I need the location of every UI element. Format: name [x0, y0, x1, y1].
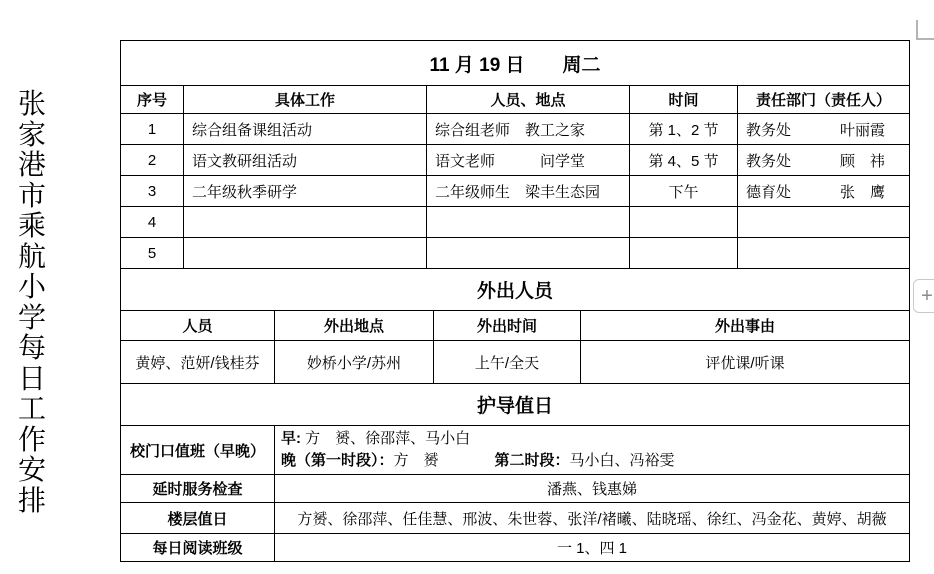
out-time: 上午/全天 — [434, 341, 581, 384]
col-header-task: 具体工作 — [184, 86, 427, 114]
delay-check-label: 延时服务检查 — [121, 475, 275, 503]
out-reason: 评优课/听课 — [581, 341, 910, 384]
row-dept-person: 教务处叶丽霞 — [738, 114, 910, 145]
second-period-prefix: 第二时段： — [495, 452, 570, 469]
row-people-place: 二年级师生 梁丰生态园 — [427, 176, 630, 207]
out-place: 妙桥小学/苏州 — [275, 341, 434, 384]
row-task: 二年级秋季研学 — [184, 176, 427, 207]
row-task — [184, 238, 427, 269]
row-no: 5 — [121, 238, 184, 269]
page-title: 张家港市乘航小学每日工作安排 — [13, 90, 51, 517]
row-dept-person — [738, 238, 910, 269]
table-row: 1 综合组备课组活动 综合组老师 教工之家 第 1、2 节 教务处叶丽霞 — [121, 114, 910, 145]
row-task — [184, 207, 427, 238]
row-time: 第 1、2 节 — [630, 114, 738, 145]
out-col-people: 人员 — [121, 311, 275, 341]
row-people-place — [427, 207, 630, 238]
outgoing-section-title: 外出人员 — [121, 269, 910, 311]
second-period-names: 马小白、冯裕雯 — [570, 452, 675, 469]
table-row: 3 二年级秋季研学 二年级师生 梁丰生态园 下午 德育处张 鹰 — [121, 176, 910, 207]
table-row: 4 — [121, 207, 910, 238]
row-time — [630, 238, 738, 269]
dept: 教务处 — [746, 150, 791, 171]
duty-section-title: 护导值日 — [121, 384, 910, 426]
row-people-place: 语文老师 问学堂 — [427, 145, 630, 176]
evening-names: 方 赟 — [394, 452, 439, 469]
morning-names: 方 赟、徐邵萍、马小白 — [301, 430, 470, 447]
row-no: 1 — [121, 114, 184, 145]
row-no: 2 — [121, 145, 184, 176]
floor-duty-label: 楼层值日 — [121, 503, 275, 534]
dept: 德育处 — [746, 181, 791, 202]
floor-duty-value: 方赟、徐邵萍、任佳慧、邢波、朱世蓉、张洋/褚曦、陆晓瑶、徐红、冯金花、黄婷、胡薇 — [275, 503, 910, 534]
row-time — [630, 207, 738, 238]
col-header-people-place: 人员、地点 — [427, 86, 630, 114]
date-header: 11 月 19 日 周二 — [121, 41, 910, 86]
col-header-no: 序号 — [121, 86, 184, 114]
outgoing-table: 外出人员 人员 外出地点 外出时间 外出事由 黄婷、范妍/钱桂芬 妙桥小学/苏州… — [120, 268, 910, 384]
table-row: 楼层值日 方赟、徐邵萍、任佳慧、邢波、朱世蓉、张洋/褚曦、陆晓瑶、徐红、冯金花、… — [121, 503, 910, 534]
delay-check-value: 潘燕、钱惠娣 — [275, 475, 910, 503]
out-col-time: 外出时间 — [434, 311, 581, 341]
morning-prefix: 早: — [281, 430, 301, 447]
document-page: 张家港市乘航小学每日工作安排 + 11 月 19 日 周二 序号 具体工作 人员… — [0, 0, 934, 574]
col-header-time: 时间 — [630, 86, 738, 114]
row-dept-person — [738, 207, 910, 238]
plus-icon: + — [921, 285, 933, 307]
gate-duty-label: 校门口值班（早晚） — [121, 426, 275, 475]
table-row: 2 语文教研组活动 语文老师 问学堂 第 4、5 节 教务处顾 祎 — [121, 145, 910, 176]
out-people: 黄婷、范妍/钱桂芬 — [121, 341, 275, 384]
table-row: 每日阅读班级 一 1、四 1 — [121, 534, 910, 562]
duty-table: 护导值日 校门口值班（早晚） 早: 方 赟、徐邵萍、马小白 晚（第一时段）：方 … — [120, 383, 910, 562]
dept: 教务处 — [746, 119, 791, 140]
daily-work-table: 11 月 19 日 周二 序号 具体工作 人员、地点 时间 责任部门（责任人） … — [120, 40, 909, 562]
table-row: 延时服务检查 潘燕、钱惠娣 — [121, 475, 910, 503]
gate-duty-content: 早: 方 赟、徐邵萍、马小白 晚（第一时段）：方 赟第二时段：马小白、冯裕雯 — [275, 426, 910, 475]
table-row: 校门口值班（早晚） 早: 方 赟、徐邵萍、马小白 晚（第一时段）：方 赟第二时段… — [121, 426, 910, 475]
text-boundary-corner-icon — [916, 20, 934, 40]
row-task: 综合组备课组活动 — [184, 114, 427, 145]
row-people-place: 综合组老师 教工之家 — [427, 114, 630, 145]
reading-class-label: 每日阅读班级 — [121, 534, 275, 562]
person: 张 鹰 — [840, 181, 885, 202]
row-time: 下午 — [630, 176, 738, 207]
gate-duty-evening: 晚（第一时段）：方 赟第二时段：马小白、冯裕雯 — [281, 450, 905, 472]
evening-prefix: 晚（第一时段）： — [281, 452, 394, 469]
out-col-reason: 外出事由 — [581, 311, 910, 341]
table-row: 黄婷、范妍/钱桂芬 妙桥小学/苏州 上午/全天 评优课/听课 — [121, 341, 910, 384]
gate-duty-morning: 早: 方 赟、徐邵萍、马小白 — [281, 428, 905, 450]
row-dept-person: 教务处顾 祎 — [738, 145, 910, 176]
row-task: 语文教研组活动 — [184, 145, 427, 176]
row-no: 3 — [121, 176, 184, 207]
reading-class-value: 一 1、四 1 — [275, 534, 910, 562]
row-dept-person: 德育处张 鹰 — [738, 176, 910, 207]
add-row-button[interactable]: + — [913, 279, 934, 313]
person: 顾 祎 — [840, 150, 885, 171]
out-col-place: 外出地点 — [275, 311, 434, 341]
col-header-dept: 责任部门（责任人） — [738, 86, 910, 114]
table-row: 5 — [121, 238, 910, 269]
person: 叶丽霞 — [840, 119, 885, 140]
schedule-table: 11 月 19 日 周二 序号 具体工作 人员、地点 时间 责任部门（责任人） … — [120, 40, 910, 269]
row-time: 第 4、5 节 — [630, 145, 738, 176]
row-no: 4 — [121, 207, 184, 238]
row-people-place — [427, 238, 630, 269]
